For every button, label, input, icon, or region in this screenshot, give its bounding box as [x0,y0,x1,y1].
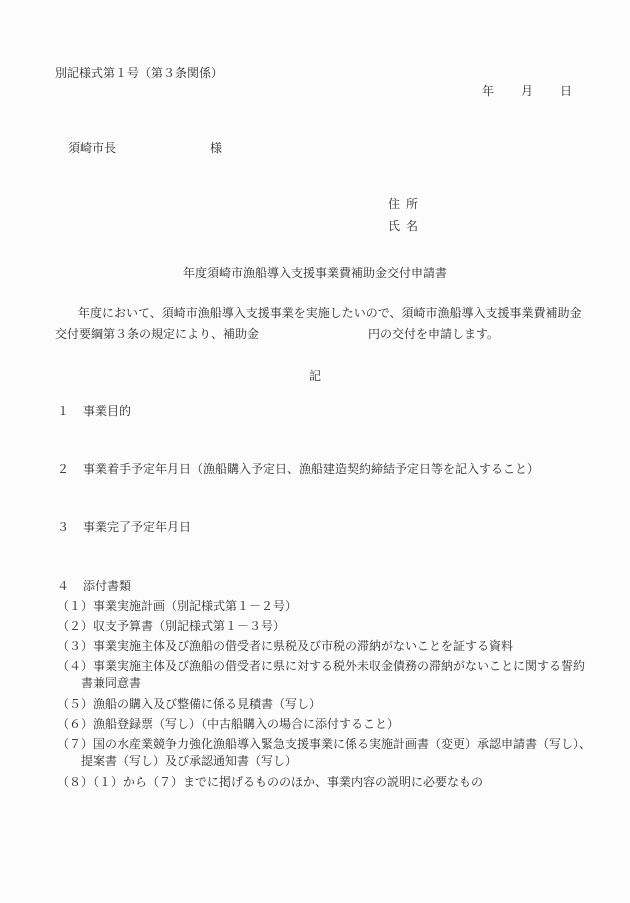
address-label: 住所 [388,198,424,220]
item-number: ３ [57,521,83,533]
item-label: 事業目的 [83,404,131,418]
attachment-item: （７）国の水産業競争力強化漁船導入緊急支援事業に係る実施計画書（変更）承認申請書… [57,738,591,767]
attachment-item: （８）（１）から（７）までに掲げるもののほか、事業内容の説明に必要なもの [57,776,483,788]
body-line-2-before: 交付要綱第３条の規定により、補助金 [55,327,259,341]
item-completion-date: ３事業完了予定年月日 [57,521,191,533]
attachment-item: （４）事業実施主体及び漁船の借受者に県に対する税外未収金債務の滞納がないことに関… [57,660,585,689]
item-attachments: ４添付書類 [57,580,131,592]
document-title: 年度須崎市漁船導入支援事業費補助金交付申請書 [0,267,630,279]
applicant-block: 住所 氏名 [388,198,424,242]
attachment-item: （５）漁船の購入及び整備に係る見積書（写し） [57,698,321,710]
attachment-item: （１）事業実施計画（別記様式第１－２号） [57,600,297,612]
body-line-1: 年度において、須崎市漁船導入支援事業を実施したいので、須崎市漁船導入支援事業費補… [55,307,585,328]
item-number: ２ [57,463,83,475]
item-purpose: １事業目的 [57,405,131,417]
name-label: 氏名 [388,220,424,242]
item-label: 事業完了予定年月日 [83,520,191,534]
item-number: ４ [57,580,83,592]
addressee-honorific: 様 [210,142,222,154]
attachment-item: （２）収支予算書（別記様式第１－３号） [57,620,285,632]
body-line-2-after: 円の交付を申請します。 [368,328,499,340]
item-start-date: ２事業着手予定年月日（漁船購入予定日、漁船建造契約締結予定日等を記入すること） [57,463,539,475]
attachment-item: （６）漁船登録票（写し）（中古船購入の場合に添付すること） [57,718,399,730]
addressee: 須崎市長 様 [68,142,116,154]
item-label: 添付書類 [83,579,131,593]
day-label: 日 [560,85,572,97]
attachment-item: （３）事業実施主体及び漁船の借受者に県税及び市税の滞納がないことを証する資料 [57,640,513,652]
item-label: 事業着手予定年月日（漁船購入予定日、漁船建造契約締結予定日等を記入すること） [83,462,539,476]
month-label: 月 [521,85,533,97]
year-label: 年 [482,85,494,97]
addressee-name: 須崎市長 [68,141,116,155]
form-number: 別記様式第１号（第３条関係） [55,67,223,79]
date-line: 年 月 日 [482,85,572,97]
item-number: １ [57,405,83,417]
body-paragraph: 年度において、須崎市漁船導入支援事業を実施したいので、須崎市漁船導入支援事業費補… [55,307,585,344]
body-line-2: 交付要綱第３条の規定により、補助金 円の交付を申請します。 [55,328,585,344]
ki-heading: 記 [0,370,630,382]
